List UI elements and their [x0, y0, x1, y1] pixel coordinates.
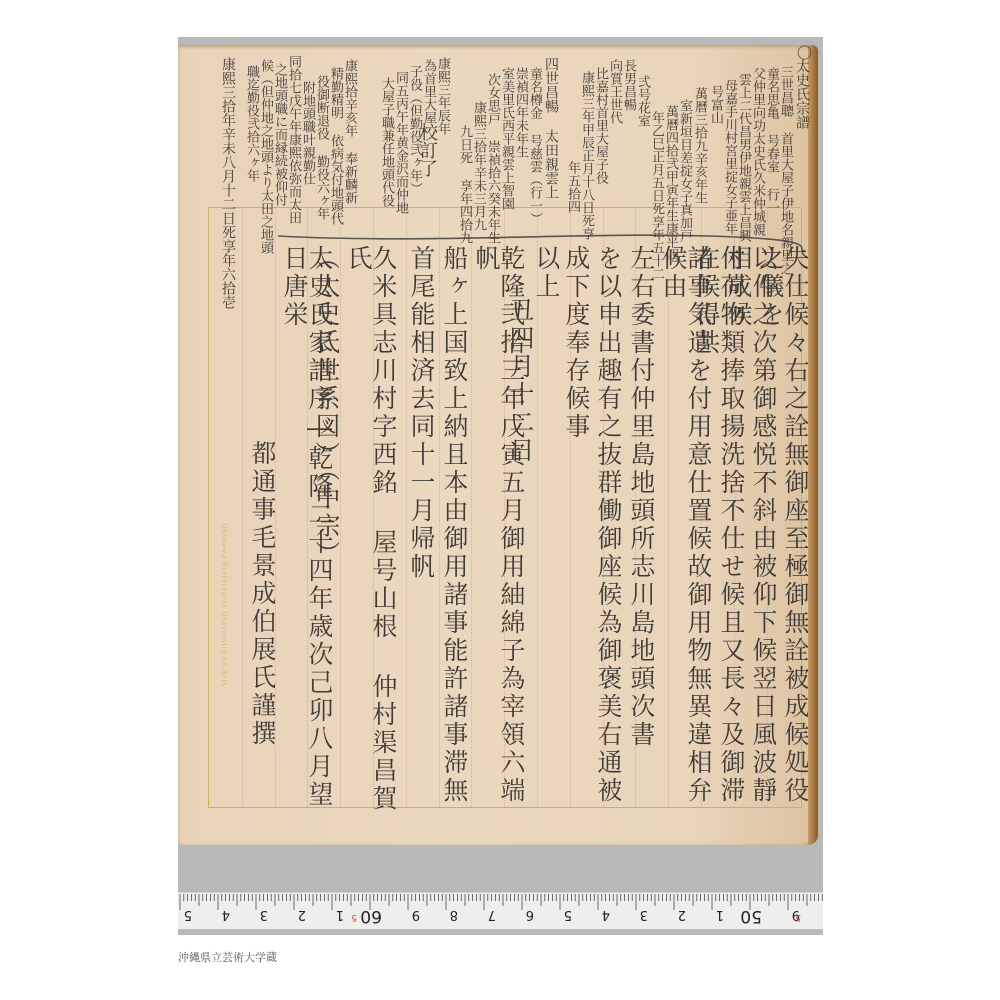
header-column: 康熙三拾年辛未三月九 — [472, 101, 485, 231]
header-column: 向質王世代 — [608, 59, 621, 124]
header-column: 萬曆四拾弐甲寅年生康平四 — [664, 105, 677, 261]
svg-text:3: 3 — [260, 907, 268, 922]
svg-text:4: 4 — [222, 907, 230, 922]
header-column: 号富山 — [709, 85, 722, 124]
header-column: 雲上二代昌男伊地親雲上昌興 — [737, 73, 750, 242]
margin-watermark: Okinawa Prefectural University of Arts — [220, 523, 229, 687]
svg-text:5: 5 — [795, 912, 801, 922]
svg-text:5: 5 — [351, 912, 357, 922]
header-column: 之地頭職に而縁続被仰付 — [273, 63, 286, 206]
header-column: 母嘉手川村宮里掟女子亜年 — [723, 79, 736, 235]
header-column: 父仲里向功太史氏久米仲城親 — [751, 67, 764, 236]
svg-text:5: 5 — [564, 907, 572, 922]
grid-column-rule — [340, 207, 341, 807]
header-column: 弍号花室 — [636, 75, 649, 127]
header-column: 崇禎四年未年生 — [514, 67, 527, 158]
svg-text:9: 9 — [412, 907, 420, 922]
body-text-column: 首尾能相済去同十一月帰帆 — [409, 245, 434, 581]
svg-text:1: 1 — [336, 907, 344, 922]
body-text-column: 左右委書付仲里島地頭所志川島地頭次書 — [629, 245, 654, 749]
header-column: 太史氏宗譜 — [795, 59, 809, 129]
header-column: 室新垣目差掟女子真加戸 — [678, 99, 691, 242]
header-column: 次女思戸 崇禎拾六癸未年生 — [486, 73, 499, 244]
header-column: 為首里大屋 — [422, 59, 435, 124]
header-column: 三世昌聰 首里大屋子伊地名親里之 — [779, 65, 792, 275]
header-column: 役御断退役 勤役六ヶ年 — [315, 75, 328, 220]
header-column: 附地頭職叶親勤仕 — [301, 81, 314, 185]
body-text-column: 船ヶ上国致上納且本由御用諸事能許諸事滞無 — [442, 245, 467, 805]
header-column: 校訂了 — [418, 123, 436, 177]
body-text-column: 都通事毛景成伯展氏謹撰 — [250, 440, 275, 748]
manuscript-page: 太史氏宗譜三世昌聰 首里大屋子伊地名親里之童名思亀 号春室 行一父仲里向功太史氏… — [178, 45, 818, 845]
title-circle-mark: 〇 — [796, 45, 811, 60]
header-column: 萬曆三拾九辛亥年生 — [693, 87, 706, 204]
body-text-column: 乾隆弐拾三年戊寅五月御用紬綿子為宰領六端帆 — [474, 245, 524, 825]
svg-text:2: 2 — [678, 907, 686, 922]
header-column: 九日死 享年四拾九 — [458, 125, 471, 244]
grid-column-rule — [406, 207, 407, 807]
svg-text:4: 4 — [602, 907, 610, 922]
body-text-column: 太史氏家譜序―乾隆二十四年歳次己卯八月望日唐栄 — [282, 245, 332, 825]
header-column: 童名樽金 号慈雲（行一） — [528, 67, 541, 225]
body-text-column: 成下度奉存候事 — [564, 245, 589, 441]
svg-text:5: 5 — [184, 907, 192, 922]
grid-column-rule — [242, 207, 243, 807]
svg-text:3: 3 — [640, 907, 648, 922]
svg-text:60: 60 — [360, 906, 382, 926]
header-column: 職迄勤役弐拾六ヶ年 — [245, 65, 258, 182]
header-column: 室美里氏西平親雲上智園 — [500, 67, 513, 210]
measurement-ruler: 543216098765432150955 — [178, 892, 823, 930]
svg-text:8: 8 — [450, 907, 458, 922]
header-column: 大屋子職兼任地頭代役 — [380, 77, 393, 207]
svg-text:50: 50 — [740, 906, 762, 926]
grid-column-rule — [471, 207, 472, 807]
document-photo: 太史氏宗譜三世昌聰 首里大屋子伊地名親里之童名思亀 号春室 行一父仲里向功太史氏… — [178, 37, 823, 935]
header-column: 康熙三拾年辛未八月十二日死享年六拾壱 — [221, 57, 235, 309]
body-text-column: を以申出趣有之抜群働御座候為御褒美右通被 — [596, 245, 621, 805]
body-text-column: 久米具志川村字西銘 屋号山根 仲村渠昌賀氏 — [346, 245, 396, 825]
grid-column-rule — [439, 207, 440, 807]
page-edge — [808, 45, 818, 845]
svg-text:6: 6 — [526, 907, 534, 922]
header-column: 候（但仲地之地頭より太田之地頭 — [259, 59, 272, 254]
header-column: 精勤精明 依病気付地頭代 — [329, 67, 342, 225]
header-column: 同拾七戊午年康熙依弥而太田 — [287, 55, 300, 224]
collection-caption: 沖縄県立芸術大学蔵 — [178, 949, 277, 965]
svg-text:2: 2 — [298, 907, 306, 922]
body-text-column: 諸事気遣を付用意仕置候故御用物無異違相弁候由 — [661, 245, 711, 825]
header-column: 四世昌暢 太田親雲上 — [544, 57, 558, 199]
ruler-scale: 543216098765432150955 — [178, 893, 823, 929]
header-column: 童名思亀 号春室 行一 — [765, 67, 778, 214]
svg-text:1: 1 — [716, 907, 724, 922]
svg-text:7: 7 — [488, 907, 496, 922]
header-column: 年五拾四 — [566, 161, 579, 213]
header-column: 同五丙午年黄金沢而仲地 — [394, 71, 407, 214]
header-column: 長男昌暢 — [622, 59, 635, 111]
body-text-column: 以上 — [534, 245, 559, 301]
header-column: 比嘉村首里大屋子役 — [594, 67, 607, 184]
header-column: 康熙拾辛亥年 奉新麟新 — [343, 59, 356, 204]
header-column: 康熙三年甲辰正月十八日死享 — [580, 71, 593, 240]
